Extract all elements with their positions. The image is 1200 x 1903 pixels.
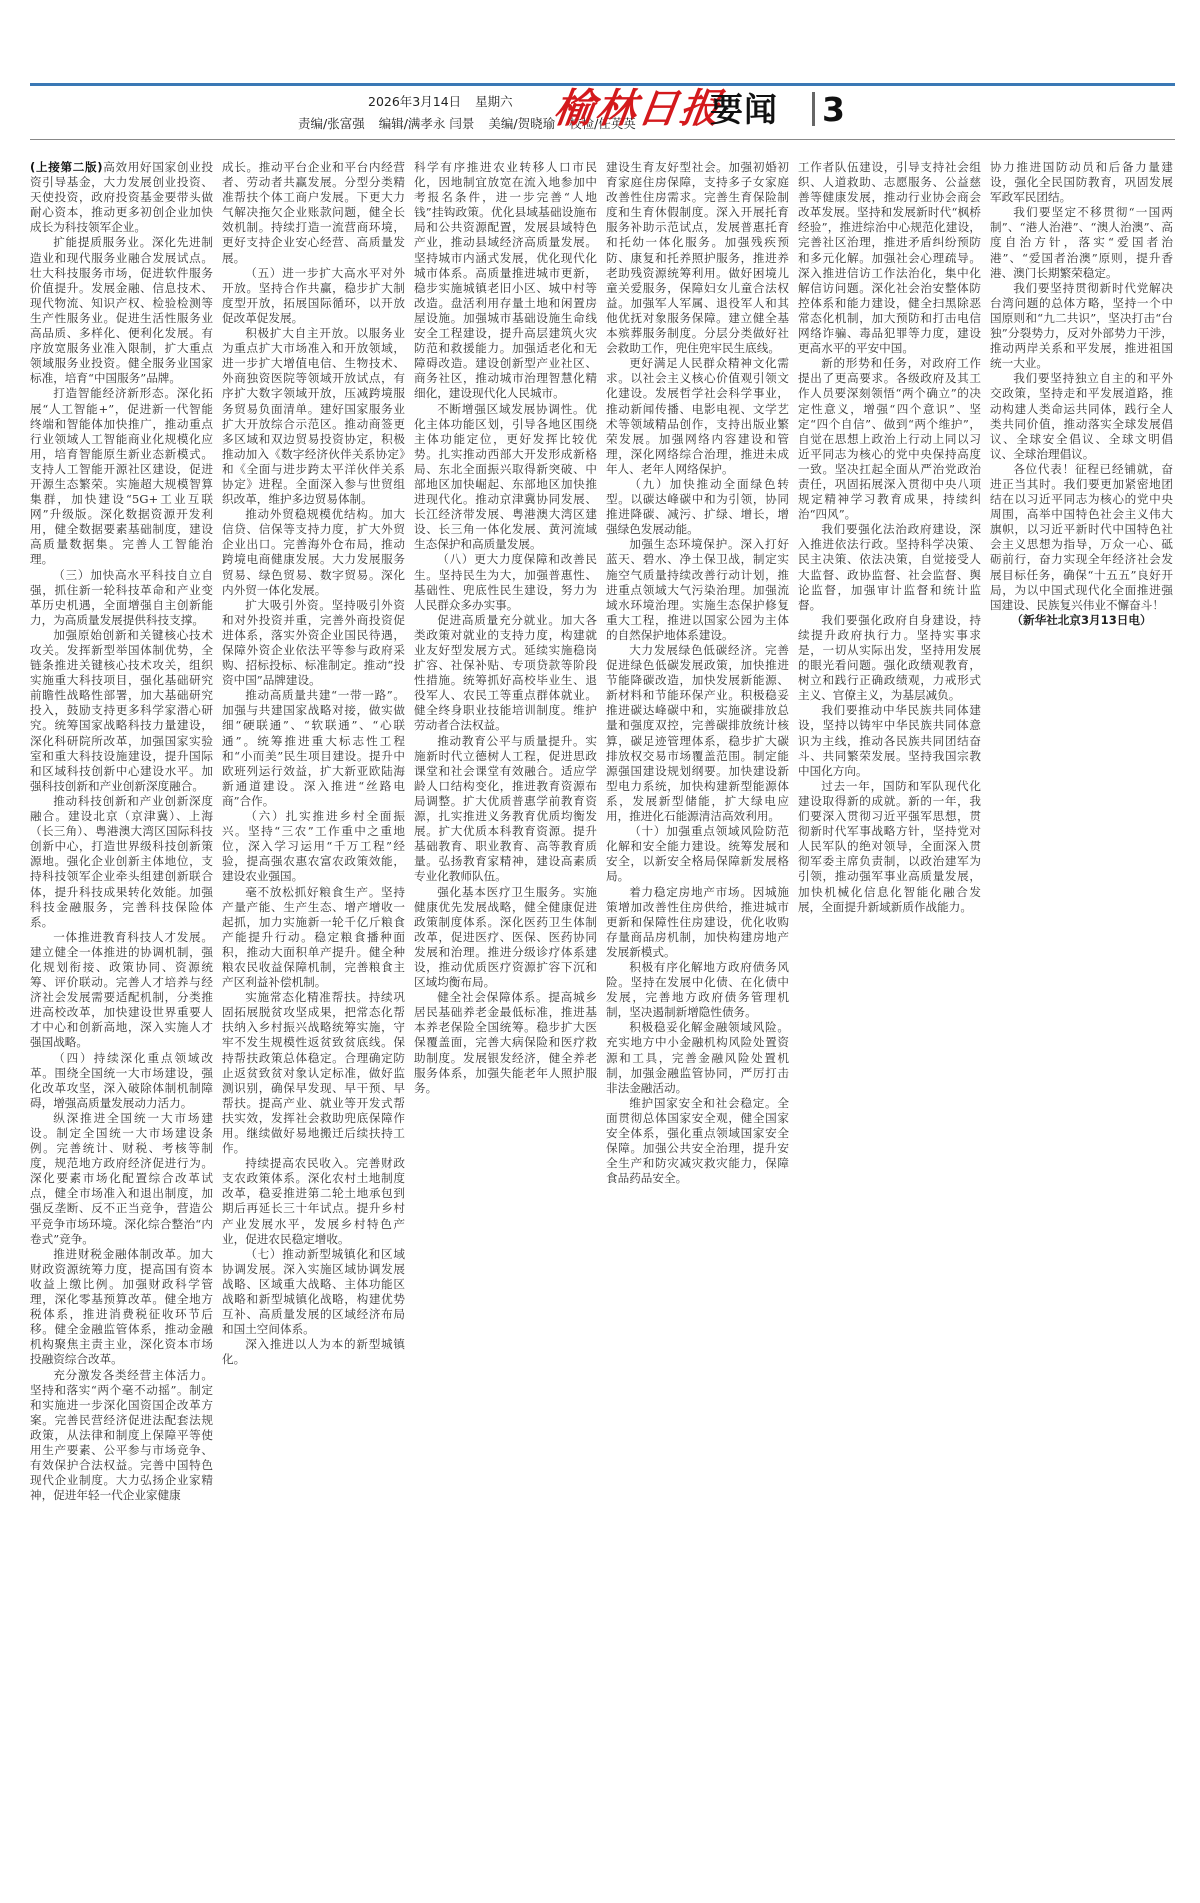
article-paragraph: 更好满足人民群众精神文化需求。以社会主义核心价值观引领文化建设。发展哲学社会科学… [606, 356, 789, 477]
issue-weekday: 星期六 [475, 94, 513, 109]
masthead-logo: 榆林日报 [551, 87, 725, 131]
responsible-editor: 责编/张富强 [298, 116, 365, 131]
article-paragraph: （四）持续深化重点领域改革。围绕全国统一大市场建设，强化改革攻坚，深入破除体制机… [30, 1051, 213, 1111]
article-paragraph: 推动外贸稳规模优结构。加大信贷、信保等支持力度，扩大外贸企业出口。完善海外仓布局… [222, 507, 405, 598]
page-header: 2026年3月14日 星期六 责编/张富强 编辑/满孝永 闫景 美编/贺晓瑜 校… [30, 86, 1175, 136]
article-paragraph: 毫不放松抓好粮食生产。坚持产量产能、生产生态、增产增收一起抓，加力实施新一轮千亿… [222, 885, 405, 991]
article-paragraph: （七）推动新型城镇化和区域协调发展。深入实施区域协调发展战略、区域重大战略、主体… [222, 1247, 405, 1338]
article-paragraph: （八）更大力度保障和改善民生。坚持民生为大，加强普惠性、基础性、兜底性民生建设，… [414, 552, 597, 612]
news-agency-dateline: （新华社北京3月13日电） [990, 613, 1173, 628]
page-number: 3 [822, 88, 845, 132]
issue-date: 2026年3月14日 [368, 94, 461, 109]
section-title: 要闻 [710, 88, 778, 132]
article-paragraph: 深入推进以人为本的新型城镇化。 [222, 1337, 405, 1367]
article-paragraph: 成长。推动平台企业和平台内经营者、劳动者共赢发展。分型分类精准帮扶个体工商户发展… [222, 160, 405, 266]
article-paragraph: 我们要强化法治政府建设，深入推进依法行政。坚持科学决策、民主决策、依法决策，自觉… [798, 522, 981, 613]
article-column-5: 工作者队伍建设，引导支持社会组织、人道救助、志愿服务、公益慈善等健康发展，推动行… [798, 160, 981, 1880]
article-column-2: 成长。推动平台企业和平台内经营者、劳动者共赢发展。分型分类精准帮扶个体工商户发展… [222, 160, 405, 1880]
article-paragraph: 新的形势和任务，对政府工作提出了更高要求。各级政府及其工作人员要深刻领悟“两个确… [798, 356, 981, 522]
article-column-3: 科学有序推进农业转移人口市民化，因地制宜放宽在流入地参加中考报名条件，进一步完善… [414, 160, 597, 1880]
article-paragraph: 建设生育友好型社会。加强初婚初育家庭住房保障，支持多子女家庭改善性住房需求。完善… [606, 160, 789, 356]
article-paragraph: 扩大吸引外资。坚持吸引外资和对外投资并重，完善外商投资促进体系，落实外资企业国民… [222, 598, 405, 689]
article-paragraph: 打造智能经济新形态。深化拓展“人工智能+”，促进新一代智能终端和智能体加快推广，… [30, 386, 213, 567]
article-paragraph: 强化基本医疗卫生服务。实施健康优先发展战略，健全健康促进政策制度体系。深化医药卫… [414, 885, 597, 991]
article-paragraph: (上接第二版)高效用好国家创业投资引导基金，大力发展创业投资、天使投资，政府投资… [30, 160, 213, 235]
article-column-1: (上接第二版)高效用好国家创业投资引导基金，大力发展创业投资、天使投资，政府投资… [30, 160, 213, 1880]
article-paragraph: 我们要坚持独立自主的和平外交政策，坚持走和平发展道路，推动构建人类命运共同体，践… [990, 371, 1173, 462]
article-body: (上接第二版)高效用好国家创业投资引导基金，大力发展创业投资、天使投资，政府投资… [30, 160, 1175, 1880]
article-paragraph: 扩能提质服务业。深化先进制造业和现代服务业融合发展试点。壮大科技服务市场，促进软… [30, 235, 213, 386]
article-paragraph: 促进高质量充分就业。加大各类政策对就业的支持力度，构建就业友好型发展方式。延续实… [414, 613, 597, 734]
article-column-4: 建设生育友好型社会。加强初婚初育家庭住房保障，支持多子女家庭改善性住房需求。完善… [606, 160, 789, 1880]
article-paragraph: 健全社会保障体系。提高城乡居民基础养老金最低标准，推进基本养老保险全国统筹。稳步… [414, 990, 597, 1096]
article-paragraph: 协力推进国防动员和后备力量建设，强化全民国防教育，巩固发展军政军民团结。 [990, 160, 1173, 205]
article-paragraph: （五）进一步扩大高水平对外开放。坚持合作共赢，稳步扩大制度型开放，拓展国际循环，… [222, 266, 405, 326]
continued-from-label: (上接第二版) [30, 160, 103, 174]
article-paragraph: 积极扩大自主开放。以服务业为重点扩大市场准入和开放领域，进一步扩大增值电信、生物… [222, 326, 405, 507]
article-paragraph: 工作者队伍建设，引导支持社会组织、人道救助、志愿服务、公益慈善等健康发展，推动行… [798, 160, 981, 356]
article-paragraph: 推动高质量共建“一带一路”。加强与共建国家战略对接，做实做细“硬联通”、“软联通… [222, 688, 405, 809]
article-paragraph: 着力稳定房地产市场。因城施策增加改善性住房供给，推进城市更新和保障性住房建设，优… [606, 885, 789, 960]
art-editor: 美编/贺晓瑜 [488, 116, 555, 131]
article-paragraph: 加强生态环境保护。深入打好蓝天、碧水、净土保卫战，制定实施空气质量持续改善行动计… [606, 537, 789, 643]
header-bottom-rule [30, 139, 1175, 140]
article-paragraph: 大力发展绿色低碳经济。完善促进绿色低碳发展政策，加快推进节能降碳改造，加快发展新… [606, 643, 789, 824]
editor: 编辑/满孝永 闫景 [379, 116, 475, 131]
article-paragraph: 持续提高农民收入。完善财政支农政策体系。深化农村土地制度改革，稳妥推进第二轮土地… [222, 1156, 405, 1247]
article-paragraph: 积极稳妥化解金融领域风险。充实地方中小金融机构风险处置资源和工具，完善金融风险处… [606, 1020, 789, 1095]
article-paragraph: 我们要坚定不移贯彻“一国两制”、“港人治港”、“澳人治澳”、高度自治方针，落实“… [990, 205, 1173, 280]
article-paragraph: 我们要坚持贯彻新时代党解决台湾问题的总体方略，坚持一个中国原则和“九二共识”，坚… [990, 281, 1173, 372]
article-paragraph: 充分激发各类经营主体活力。坚持和落实“两个毫不动摇”。制定和实施进一步深化国资国… [30, 1368, 213, 1504]
article-paragraph: 推进财税金融体制改革。加大财政资源统筹力度，提高国有资本收益上缴比例。加强财政科… [30, 1247, 213, 1368]
newspaper-page: 2026年3月14日 星期六 责编/张富强 编辑/满孝永 闫景 美编/贺晓瑜 校… [30, 0, 1175, 1903]
article-paragraph: 维护国家安全和社会稳定。全面贯彻总体国家安全观，健全国家安全体系，强化重点领域国… [606, 1096, 789, 1187]
article-paragraph: 各位代表！征程已经铺就，奋进正当其时。我们要更加紧密地团结在以习近平同志为核心的… [990, 462, 1173, 613]
article-paragraph: 我们要强化政府自身建设，持续提升政府执行力。坚持实事求是，一切从实际出发，坚持用… [798, 613, 981, 704]
article-column-6: 协力推进国防动员和后备力量建设，强化全民国防教育，巩固发展军政军民团结。 我们要… [990, 160, 1173, 1880]
article-paragraph: （六）扎实推进乡村全面振兴。坚持“三农”工作重中之重地位，深入学习运用“千万工程… [222, 809, 405, 884]
article-paragraph: 我们要推动中华民族共同体建设，坚持以铸牢中华民族共同体意识为主线，推动各民族共同… [798, 703, 981, 778]
article-paragraph: 不断增强区域发展协调性。优化主体功能区划，引导各地区围绕主体功能定位，更好发挥比… [414, 402, 597, 553]
article-paragraph: 实施常态化精准帮扶。持续巩固拓展脱贫攻坚成果，把常态化帮扶纳入乡村振兴战略统筹实… [222, 990, 405, 1156]
header-separator [812, 92, 815, 126]
article-paragraph: （九）加快推动全面绿色转型。以碳达峰碳中和为引领，协同推进降碳、减污、扩绿、增长… [606, 477, 789, 537]
article-paragraph: （十）加强重点领域风险防范化解和安全能力建设。统筹发展和安全，以新安全格局保障新… [606, 824, 789, 884]
article-paragraph: 积极有序化解地方政府债务风险。坚持在发展中化债、在化债中发展，完善地方政府债务管… [606, 960, 789, 1020]
article-paragraph: 纵深推进全国统一大市场建设。制定全国统一大市场建设条例。完善统计、财税、考核等制… [30, 1111, 213, 1247]
article-paragraph: 推动科技创新和产业创新深度融合。建设北京（京津冀）、上海（长三角）、粤港澳大湾区… [30, 794, 213, 930]
article-paragraph: 过去一年，国防和军队现代化建设取得新的成就。新的一年，我们要深入贯彻习近平强军思… [798, 779, 981, 915]
article-paragraph: （三）加快高水平科技自立自强，抓住新一轮科技革命和产业变革历史机遇，全面增强自主… [30, 568, 213, 628]
article-paragraph: 科学有序推进农业转移人口市民化，因地制宜放宽在流入地参加中考报名条件，进一步完善… [414, 160, 597, 402]
article-paragraph: 加强原始创新和关键核心技术攻关。发挥新型举国体制优势，全链条推进关键核心技术攻关… [30, 628, 213, 794]
article-paragraph: 一体推进教育科技人才发展。建立健全一体推进的协调机制，强化规划衔接、政策协同、资… [30, 930, 213, 1051]
article-paragraph: 推动教育公平与质量提升。实施新时代立德树人工程，促进思政课堂和社会课堂有效融合。… [414, 734, 597, 885]
